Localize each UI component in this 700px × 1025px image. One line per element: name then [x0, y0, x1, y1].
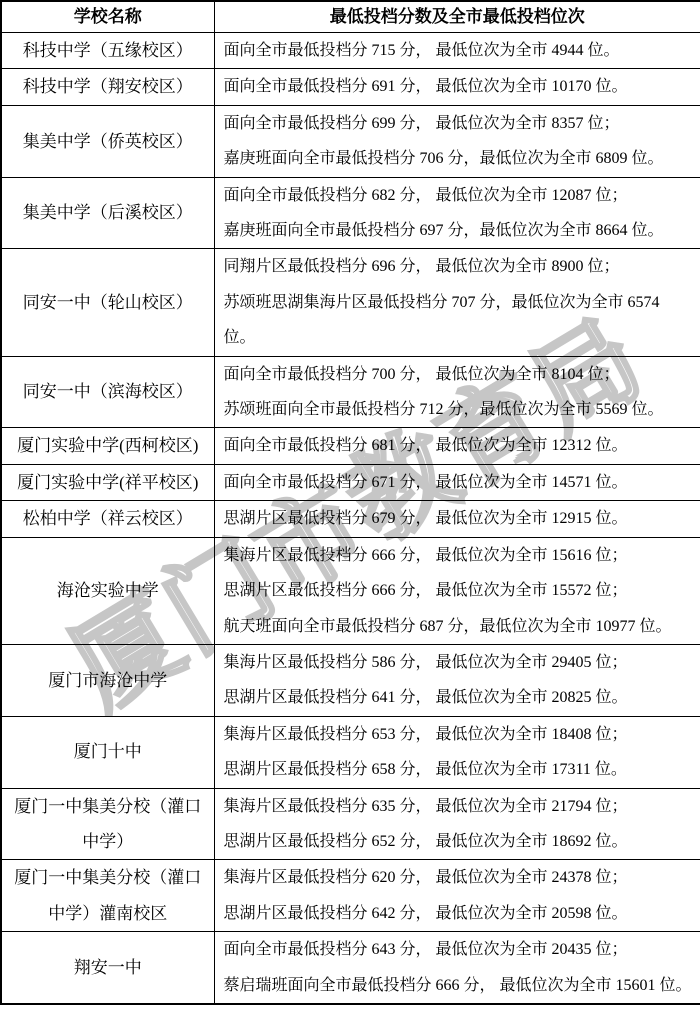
header-row: 学校名称 最低投档分数及全市最低投档位次 — [1, 1, 700, 33]
score-details-cell: 面向全市最低投档分 643 分， 最低位次为全市 20435 位；蔡启瑞班面向全… — [214, 932, 700, 1004]
score-details-cell: 面向全市最低投档分 691 分， 最低位次为全市 10170 位。 — [214, 69, 700, 105]
score-details-cell: 集海片区最低投档分 653 分， 最低位次为全市 18408 位；思湖片区最低投… — [214, 716, 700, 788]
score-detail-line: 思湖片区最低投档分 642 分， 最低位次为全市 20598 位。 — [224, 896, 695, 931]
table-row: 翔安一中面向全市最低投档分 643 分， 最低位次为全市 20435 位；蔡启瑞… — [1, 932, 700, 1004]
school-name-cell: 集美中学（后溪校区） — [1, 177, 214, 249]
score-details-cell: 集海片区最低投档分 666 分， 最低位次为全市 15616 位；思湖片区最低投… — [214, 537, 700, 644]
table-row: 厦门一中集美分校（灌口中学）集海片区最低投档分 635 分， 最低位次为全市 2… — [1, 788, 700, 860]
header-school-name: 学校名称 — [1, 1, 214, 33]
table-row: 厦门一中集美分校（灌口中学）灌南校区集海片区最低投档分 620 分， 最低位次为… — [1, 860, 700, 932]
score-detail-line: 集海片区最低投档分 666 分， 最低位次为全市 15616 位； — [224, 538, 695, 573]
score-detail-line: 思湖片区最低投档分 679 分， 最低位次为全市 12915 位。 — [224, 501, 695, 536]
score-details-cell: 同翔片区最低投档分 696 分， 最低位次为全市 8900 位；苏颂班思湖集海片… — [214, 249, 700, 356]
score-detail-line: 面向全市最低投档分 643 分， 最低位次为全市 20435 位； — [224, 932, 695, 967]
school-name-cell: 翔安一中 — [1, 932, 214, 1004]
score-detail-line: 面向全市最低投档分 699 分， 最低位次为全市 8357 位； — [224, 106, 695, 141]
school-name-cell: 同安一中（轮山校区） — [1, 249, 214, 356]
table-row: 科技中学（翔安校区）面向全市最低投档分 691 分， 最低位次为全市 10170… — [1, 69, 700, 105]
table-row: 松柏中学（祥云校区）思湖片区最低投档分 679 分， 最低位次为全市 12915… — [1, 501, 700, 537]
score-detail-line: 嘉庚班面向全市最低投档分 697 分，最低位次为全市 8664 位。 — [224, 213, 695, 248]
score-detail-line: 面向全市最低投档分 682 分， 最低位次为全市 12087 位； — [224, 178, 695, 213]
score-detail-line: 苏颂班面向全市最低投档分 712 分，最低位次为全市 5569 位。 — [224, 392, 695, 427]
table-row: 集美中学（侨英校区）面向全市最低投档分 699 分， 最低位次为全市 8357 … — [1, 105, 700, 177]
school-name-cell: 厦门实验中学(祥平校区) — [1, 464, 214, 500]
school-name-cell: 同安一中（滨海校区） — [1, 356, 214, 428]
table-row: 厦门实验中学(西柯校区)面向全市最低投档分 681 分， 最低位次为全市 123… — [1, 428, 700, 464]
score-details-cell: 面向全市最低投档分 699 分， 最低位次为全市 8357 位；嘉庚班面向全市最… — [214, 105, 700, 177]
score-detail-line: 蔡启瑞班面向全市最低投档分 666 分， 最低位次为全市 15601 位。 — [224, 968, 695, 1003]
score-detail-line: 面向全市最低投档分 691 分， 最低位次为全市 10170 位。 — [224, 69, 695, 104]
score-detail-line: 航天班面向全市最低投档分 687 分，最低位次为全市 10977 位。 — [224, 609, 695, 644]
score-details-cell: 面向全市最低投档分 671 分， 最低位次为全市 14571 位。 — [214, 464, 700, 500]
school-name-cell: 厦门十中 — [1, 716, 214, 788]
score-detail-line: 集海片区最低投档分 586 分， 最低位次为全市 29405 位； — [224, 645, 695, 680]
score-detail-line: 面向全市最低投档分 671 分， 最低位次为全市 14571 位。 — [224, 465, 695, 500]
header-score-rank: 最低投档分数及全市最低投档位次 — [214, 1, 700, 33]
school-name-cell: 科技中学（五缘校区） — [1, 33, 214, 69]
score-details-cell: 面向全市最低投档分 682 分， 最低位次为全市 12087 位；嘉庚班面向全市… — [214, 177, 700, 249]
school-name-cell: 厦门市海沧中学 — [1, 644, 214, 716]
score-detail-line: 思湖片区最低投档分 666 分， 最低位次为全市 15572 位； — [224, 573, 695, 608]
score-detail-line: 集海片区最低投档分 620 分， 最低位次为全市 24378 位； — [224, 860, 695, 895]
score-details-cell: 集海片区最低投档分 635 分， 最低位次为全市 21794 位；思湖片区最低投… — [214, 788, 700, 860]
school-name-cell: 科技中学（翔安校区） — [1, 69, 214, 105]
score-details-cell: 面向全市最低投档分 715 分， 最低位次为全市 4944 位。 — [214, 33, 700, 69]
score-details-cell: 面向全市最低投档分 681 分， 最低位次为全市 12312 位。 — [214, 428, 700, 464]
school-name-cell: 松柏中学（祥云校区） — [1, 501, 214, 537]
score-detail-line: 面向全市最低投档分 681 分， 最低位次为全市 12312 位。 — [224, 428, 695, 463]
table-row: 集美中学（后溪校区）面向全市最低投档分 682 分， 最低位次为全市 12087… — [1, 177, 700, 249]
score-details-cell: 集海片区最低投档分 586 分， 最低位次为全市 29405 位；思湖片区最低投… — [214, 644, 700, 716]
table-row: 海沧实验中学集海片区最低投档分 666 分， 最低位次为全市 15616 位；思… — [1, 537, 700, 644]
school-name-cell: 厦门一中集美分校（灌口中学） — [1, 788, 214, 860]
score-detail-line: 集海片区最低投档分 653 分， 最低位次为全市 18408 位； — [224, 717, 695, 752]
school-name-cell: 厦门实验中学(西柯校区) — [1, 428, 214, 464]
score-detail-line: 集海片区最低投档分 635 分， 最低位次为全市 21794 位； — [224, 789, 695, 824]
score-detail-line: 面向全市最低投档分 700 分， 最低位次为全市 8104 位； — [224, 357, 695, 392]
score-detail-line: 思湖片区最低投档分 641 分， 最低位次为全市 20825 位。 — [224, 680, 695, 715]
score-detail-line: 思湖片区最低投档分 658 分， 最低位次为全市 17311 位。 — [224, 752, 695, 787]
document-page: 厦门市教育局 学校名称 最低投档分数及全市最低投档位次 科技中学（五缘校区）面向… — [0, 0, 700, 1025]
table-row: 厦门实验中学(祥平校区)面向全市最低投档分 671 分， 最低位次为全市 145… — [1, 464, 700, 500]
school-name-cell: 集美中学（侨英校区） — [1, 105, 214, 177]
score-detail-line: 面向全市最低投档分 715 分， 最低位次为全市 4944 位。 — [224, 33, 695, 68]
table-row: 科技中学（五缘校区）面向全市最低投档分 715 分， 最低位次为全市 4944 … — [1, 33, 700, 69]
table-row: 同安一中（滨海校区）面向全市最低投档分 700 分， 最低位次为全市 8104 … — [1, 356, 700, 428]
school-name-cell: 厦门一中集美分校（灌口中学）灌南校区 — [1, 860, 214, 932]
score-details-cell: 集海片区最低投档分 620 分， 最低位次为全市 24378 位；思湖片区最低投… — [214, 860, 700, 932]
score-detail-line: 思湖片区最低投档分 652 分， 最低位次为全市 18692 位。 — [224, 824, 695, 859]
table-body: 科技中学（五缘校区）面向全市最低投档分 715 分， 最低位次为全市 4944 … — [1, 33, 700, 1004]
score-detail-line: 同翔片区最低投档分 696 分， 最低位次为全市 8900 位； — [224, 249, 695, 284]
score-details-cell: 思湖片区最低投档分 679 分， 最低位次为全市 12915 位。 — [214, 501, 700, 537]
school-name-cell: 海沧实验中学 — [1, 537, 214, 644]
score-detail-line: 苏颂班思湖集海片区最低投档分 707 分，最低位次为全市 6574 位。 — [224, 285, 695, 356]
table-row: 同安一中（轮山校区）同翔片区最低投档分 696 分， 最低位次为全市 8900 … — [1, 249, 700, 356]
score-detail-line: 嘉庚班面向全市最低投档分 706 分，最低位次为全市 6809 位。 — [224, 141, 695, 176]
admission-score-table: 学校名称 最低投档分数及全市最低投档位次 科技中学（五缘校区）面向全市最低投档分… — [0, 0, 700, 1005]
table-row: 厦门市海沧中学集海片区最低投档分 586 分， 最低位次为全市 29405 位；… — [1, 644, 700, 716]
score-details-cell: 面向全市最低投档分 700 分， 最低位次为全市 8104 位；苏颂班面向全市最… — [214, 356, 700, 428]
table-header: 学校名称 最低投档分数及全市最低投档位次 — [1, 1, 700, 33]
table-row: 厦门十中集海片区最低投档分 653 分， 最低位次为全市 18408 位；思湖片… — [1, 716, 700, 788]
